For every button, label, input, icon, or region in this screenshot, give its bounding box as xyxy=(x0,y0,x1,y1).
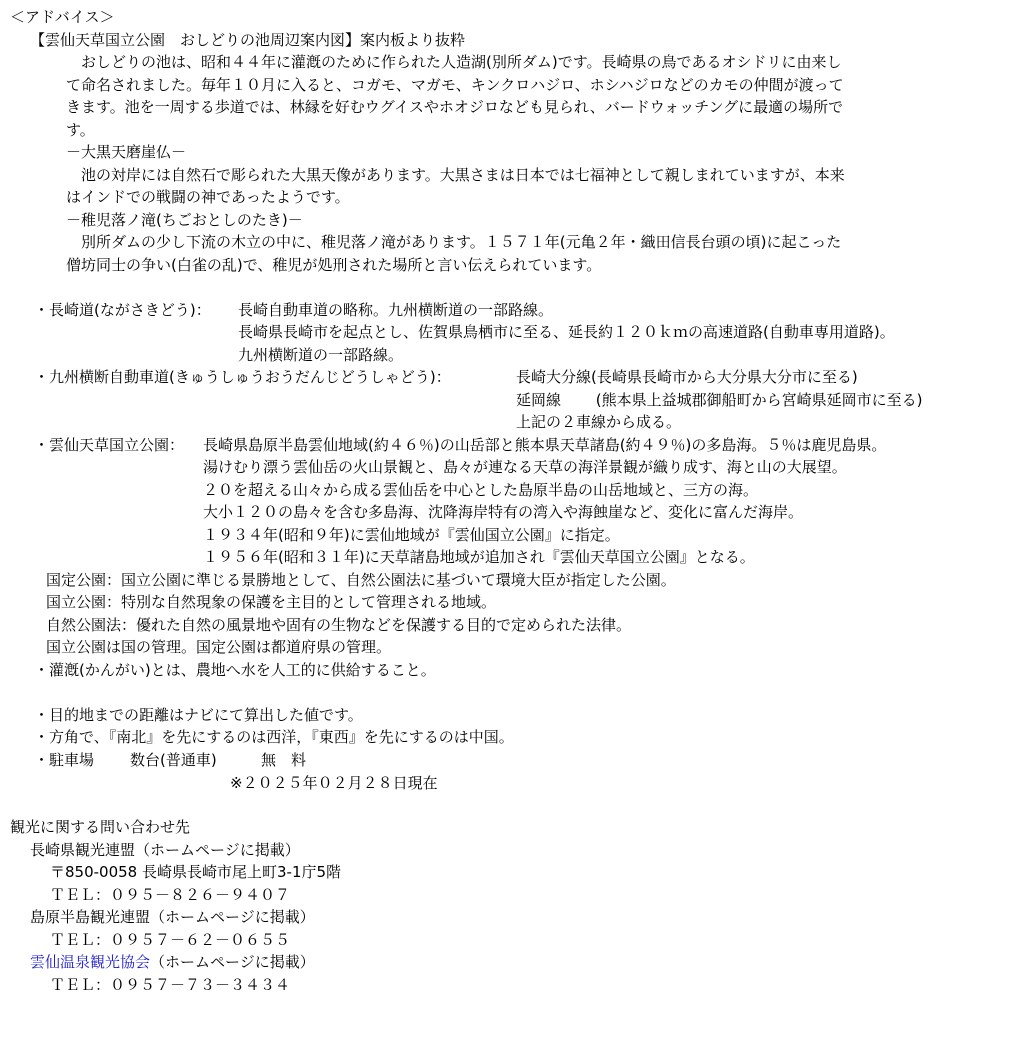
nagasaki-road-desc: 長崎県長崎市を起点とし、佐賀県鳥栖市に至る、延長約１２０ｋｍの高速道路(自動車専… xyxy=(238,323,895,341)
contact-suffix: （ホームページに掲載） xyxy=(135,841,300,859)
chigo-paragraph-line: 僧坊同士の争い(白雀の乱)で、稚児が処刑された場所と言い伝えられています。 xyxy=(66,256,601,274)
kyushu-road-term: ・九州横断自動車道(きゅうしゅうおうだんじどうしゃどう)： xyxy=(34,368,451,386)
kyushu-road-desc: 長崎大分線(長崎県長崎市から大分県大分市に至る) xyxy=(516,368,858,386)
chigo-paragraph-line: 別所ダムの少し下流の木立の中に、稚児落ノ滝があります。１５７１年(元亀２年・織田… xyxy=(66,233,841,251)
contact-tel: ＴＥＬ：０９５７－７３－３４３４ xyxy=(50,976,290,994)
pond-paragraph-line: きます。池を一周する歩道では、林縁を好むウグイスやホオジロなども見られ、バードウ… xyxy=(66,98,843,116)
kyushu-road-desc: 延岡線 (熊本県上益城郡御船町から宮崎県延岡市に至る) xyxy=(516,391,922,409)
nagasaki-road-desc: 九州横断道の一部路線。 xyxy=(238,346,403,364)
nagasaki-road-desc: 長崎自動車道の略称。九州横断道の一部路線。 xyxy=(238,301,553,319)
advice-heading: ＜アドバイス＞ xyxy=(10,8,115,26)
distance-note: ・目的地までの距離はナビにて算出した値です。 xyxy=(34,706,363,724)
nagasaki-road-term: ・長崎道(ながさきどう)： xyxy=(34,301,211,319)
definition-line: 国定公園：国立公園に準じる景勝地として、自然公園法に基づいて環境大臣が指定した公… xyxy=(46,571,676,589)
definition-line: 国立公園：特別な自然現象の保護を主目的として管理される地域。 xyxy=(46,593,496,611)
daikoku-title: －大黒天磨崖仏－ xyxy=(66,143,186,161)
contact-name: 島原半島観光連盟 xyxy=(30,908,150,926)
unzen-park-desc: 長崎県島原半島雲仙地域(約４６％)の山岳部と熊本県天草諸島(約４９％)の多島海。… xyxy=(203,436,886,454)
daikoku-paragraph-line: 池の対岸には自然石で彫られた大黒天像があります。大黒さまは日本では七福神として親… xyxy=(66,166,845,184)
parking-label: ・駐車場 xyxy=(34,751,94,769)
unzen-park-desc: ２０を超える山々から成る雲仙岳を中心とした島原半島の山岳地域と、三方の海。 xyxy=(203,481,758,499)
contact-address: 〒850-0058 長崎県長崎市尾上町3-1庁5階 xyxy=(50,863,341,881)
advice-source: 【雲仙天草国立公園 おしどりの池周辺案内図】案内板より抜粋 xyxy=(30,31,465,49)
pond-paragraph-line: おしどりの池は、昭和４４年に灌漑のために作られた人造湖(別所ダム)です。長崎県の… xyxy=(66,53,842,71)
contact-nagasaki: 長崎県観光連盟（ホームページに掲載） xyxy=(30,841,300,859)
contact-tel: ＴＥＬ：０９５－８２６－９４０７ xyxy=(50,886,290,904)
contact-shimabara: 島原半島観光連盟（ホームページに掲載） xyxy=(30,908,315,926)
pond-paragraph-line: て命名されました。毎年１０月に入ると、コガモ、マガモ、キンクロハジロ、ホシハジロ… xyxy=(66,76,844,94)
daikoku-paragraph-line: はインドでの戦闘の神であったようです。 xyxy=(66,188,350,206)
contact-suffix: （ホームページに掲載） xyxy=(150,908,315,926)
irrigation-note: ・灌漑(かんがい)とは、農地へ水を人工的に供給すること。 xyxy=(34,661,436,679)
unzen-park-desc: 大小１２０の島々を含む多島海、沈降海岸特有の湾入や海蝕崖など、変化に富んだ海岸。 xyxy=(203,503,803,521)
contacts-heading: 観光に関する問い合わせ先 xyxy=(10,818,190,836)
kyushu-road-desc: 上記の２車線から成る。 xyxy=(516,413,681,431)
unzen-park-desc: 湯けむり漂う雲仙岳の火山景観と、島々が連なる天草の海洋景観が織り成す、海と山の大… xyxy=(203,458,847,476)
contact-name: 長崎県観光連盟 xyxy=(30,841,135,859)
unzen-park-term: ・雲仙天草国立公園： xyxy=(34,436,184,454)
unzen-park-desc: １９５６年(昭和３１年)に天草諸島地域が追加され『雲仙天草国立公園』となる。 xyxy=(203,548,755,566)
chigo-title: －稚児落ノ滝(ちごおとしのたき)－ xyxy=(66,211,303,229)
definition-line: 自然公園法：優れた自然の風景地や固有の生物などを保護する目的で定められた法律。 xyxy=(46,616,631,634)
direction-note: ・方角で、『南北』を先にするのは西洋，『東西』を先にするのは中国。 xyxy=(34,728,514,746)
contact-suffix: （ホームページに掲載） xyxy=(150,953,315,971)
parking-capacity: 数台(普通車) xyxy=(130,751,217,769)
contact-unzen-onsen: 雲仙温泉観光協会（ホームページに掲載） xyxy=(30,953,315,971)
unzen-park-desc: １９３４年(昭和９年)に雲仙地域が『雲仙国立公園』に指定。 xyxy=(203,526,620,544)
parking-fee: 無 料 xyxy=(261,751,306,769)
parking-as-of: ※２０２５年０２月２８日現在 xyxy=(230,774,438,792)
contact-tel: ＴＥＬ：０９５７－６２－０６５５ xyxy=(50,931,290,949)
definition-line: 国立公園は国の管理。国定公園は都道府県の管理。 xyxy=(46,638,391,656)
pond-paragraph-line: す。 xyxy=(66,121,95,139)
unzen-onsen-link[interactable]: 雲仙温泉観光協会 xyxy=(30,953,150,971)
